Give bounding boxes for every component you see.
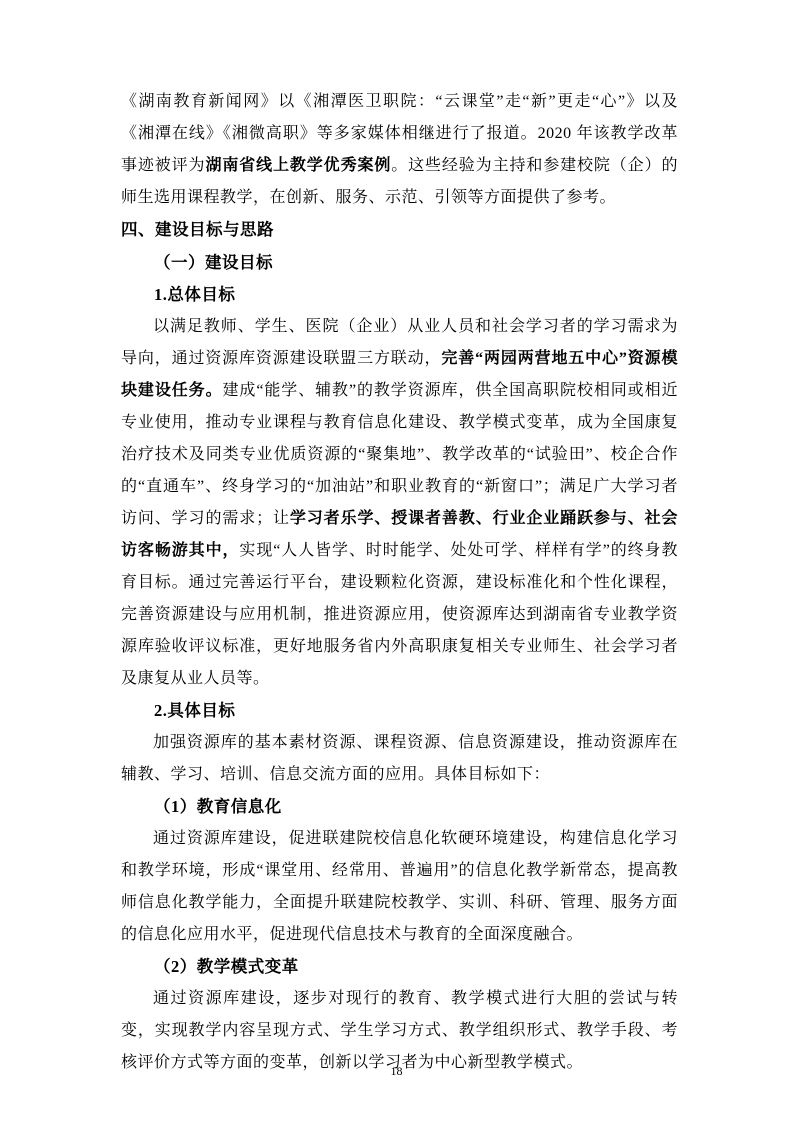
paragraph-overall-goal: 以满足教师、学生、医院（企业）从业人员和社会学习者的学习需求为导向，通过资源库资…: [121, 311, 678, 695]
heading-teaching-mode-reform: （2）教学模式变革: [121, 951, 678, 983]
text-run: 实现“人人皆学、时时能学、处处可学、样样有学”的终身教育目标。通过完善运行平台，…: [121, 542, 678, 687]
document-page: 《湖南教育新闻网》以《湘潭医卫职院：“云课堂”走“新”更走“心”》以及《湘潭在线…: [0, 0, 793, 1122]
paragraph-media-report: 《湖南教育新闻网》以《湘潭医卫职院：“云课堂”走“新”更走“心”》以及《湘潭在线…: [121, 86, 678, 214]
page-number: 18: [0, 1064, 793, 1078]
text-run: 建成“能学、辅教”的教学资源库，供全国高职院校相同或相近专业使用，推动专业课程与…: [121, 382, 678, 527]
text-run: 加强资源库的基本素材资源、课程资源、信息资源建设，推动资源库在辅教、学习、培训、…: [121, 734, 678, 783]
heading-construction-goals: （一）建设目标: [121, 247, 678, 279]
text-run: 通过资源库建设，逐步对现行的教育、教学模式进行大胆的尝试与转变，实现教学内容呈现…: [121, 990, 678, 1071]
heading-section-4: 四、建设目标与思路: [121, 214, 678, 247]
paragraph-specific-goals-intro: 加强资源库的基本素材资源、课程资源、信息资源建设，推动资源库在辅教、学习、培训、…: [121, 727, 678, 791]
heading-overall-goal: 1.总体目标: [121, 279, 678, 311]
heading-education-informatization: （1）教育信息化: [121, 791, 678, 823]
text-run-bold: 湖南省线上教学优秀案例: [205, 157, 391, 174]
document-body: 《湖南教育新闻网》以《湘潭医卫职院：“云课堂”走“新”更走“心”》以及《湘潭在线…: [121, 86, 678, 1079]
paragraph-education-informatization: 通过资源库建设，促进联建院校信息化软硬环境建设，构建信息化学习和教学环境，形成“…: [121, 823, 678, 951]
text-run: 通过资源库建设，促进联建院校信息化软硬环境建设，构建信息化学习和教学环境，形成“…: [121, 830, 678, 943]
heading-specific-goals: 2.具体目标: [121, 695, 678, 727]
